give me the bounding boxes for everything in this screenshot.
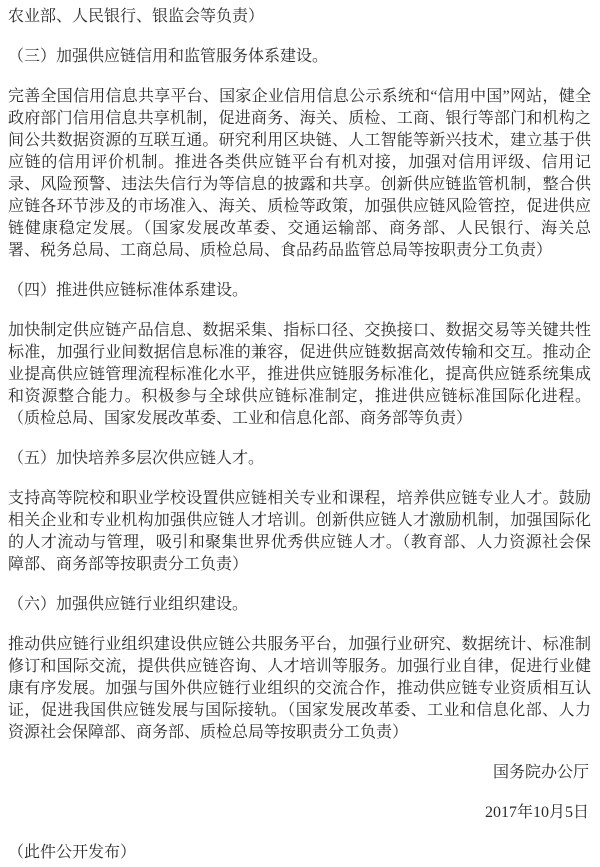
section-body-6: 推动供应链行业组织建设供应链公共服务平台，加强行业研究、数据统计、标准制修订和国… (8, 634, 591, 744)
section-body-3: 完善全国信用信息共享平台、国家企业信用信息公示系统和“信用中国”网站，健全政府部… (8, 86, 591, 262)
section-heading-4: （四）推进供应链标准体系建设。 (8, 280, 591, 302)
issue-date: 2017年10月5日 (8, 802, 591, 824)
continuation-line: 农业部、人民银行、银监会等负责） (8, 6, 591, 28)
section-body-5: 支持高等院校和职业学校设置供应链相关专业和课程，培养供应链专业人才。鼓励相关企业… (8, 488, 591, 576)
document-page: 农业部、人民银行、银监会等负责） （三）加强供应链信用和监管服务体系建设。 完善… (0, 0, 600, 867)
section-heading-6: （六）加强供应链行业组织建设。 (8, 594, 591, 616)
publication-note: （此件公开发布） (8, 842, 591, 864)
section-body-4: 加快制定供应链产品信息、数据采集、指标口径、交换接口、数据交易等关键共性标准，加… (8, 320, 591, 430)
section-heading-5: （五）加快培养多层次供应链人才。 (8, 448, 591, 470)
section-heading-3: （三）加强供应链信用和监管服务体系建设。 (8, 46, 591, 68)
issuer-signature: 国务院办公厅 (8, 762, 591, 784)
